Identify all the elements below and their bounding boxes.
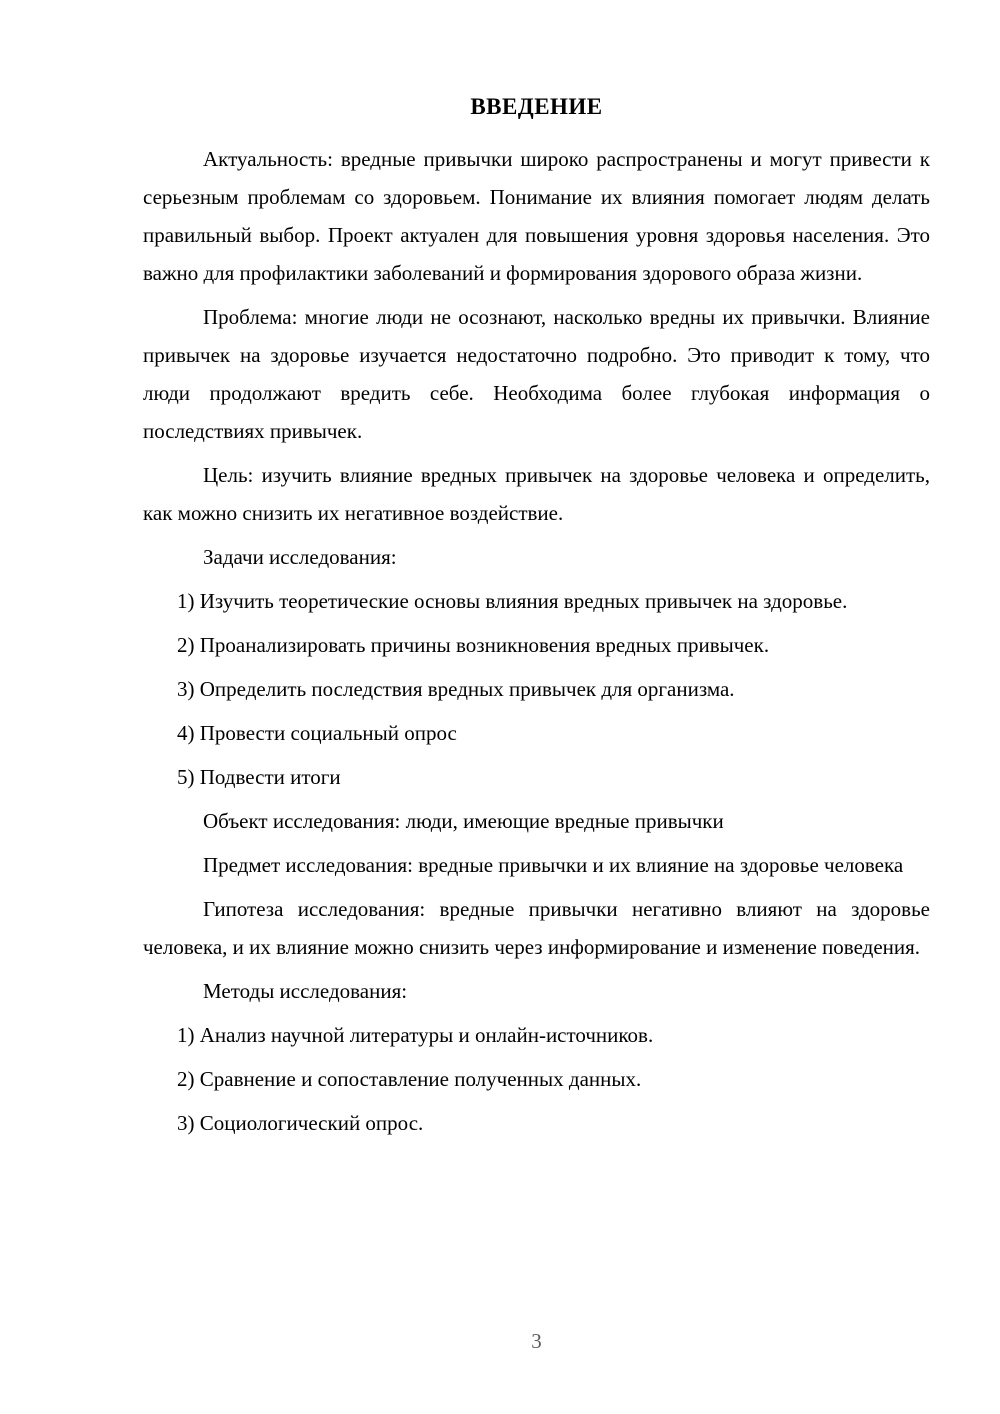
task-item-4: 4) Провести социальный опрос <box>143 714 930 752</box>
task-item-2: 2) Проанализировать причины возникновени… <box>143 626 930 664</box>
label-tasks: Задачи исследования: <box>143 538 930 576</box>
page-title: ВВЕДЕНИЕ <box>143 88 930 126</box>
paragraph-subject: Предмет исследования: вредные привычки и… <box>143 846 930 884</box>
page-number: 3 <box>143 1322 930 1360</box>
method-item-1: 1) Анализ научной литературы и онлайн-ис… <box>143 1016 930 1054</box>
task-item-1: 1) Изучить теоретические основы влияния … <box>143 582 930 620</box>
task-item-5: 5) Подвести итоги <box>143 758 930 796</box>
method-item-3: 3) Социологический опрос. <box>143 1104 930 1142</box>
paragraph-object: Объект исследования: люди, имеющие вредн… <box>143 802 930 840</box>
paragraph-hypothesis: Гипотеза исследования: вредные привычки … <box>143 890 930 966</box>
method-item-2: 2) Сравнение и сопоставление полученных … <box>143 1060 930 1098</box>
paragraph-problem: Проблема: многие люди не осознают, наско… <box>143 298 930 450</box>
paragraph-relevance: Актуальность: вредные привычки широко ра… <box>143 140 930 292</box>
document-page: ВВЕДЕНИЕ Актуальность: вредные привычки … <box>0 0 1000 1414</box>
paragraph-goal: Цель: изучить влияние вредных привычек н… <box>143 456 930 532</box>
task-item-3: 3) Определить последствия вредных привыч… <box>143 670 930 708</box>
label-methods: Методы исследования: <box>143 972 930 1010</box>
